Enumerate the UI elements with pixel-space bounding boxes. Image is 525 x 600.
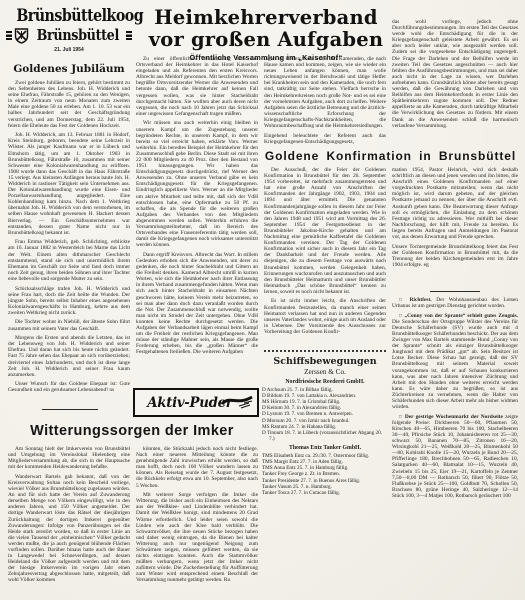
paragraph: Frau Emma Widderich, geb. Schlichting, e… <box>8 239 130 282</box>
news-item: □ Richtfest. Der Wohnhausneubau des Lots… <box>392 297 518 309</box>
ship-entry: Tanker Tosca 27. 7. in Curacao fällig. <box>262 490 388 496</box>
ship-section-entries: TMS Elisabeth Entz ca. 29./30. 7. Osterm… <box>262 453 388 496</box>
masthead-title-line2: Brünsbüttel <box>36 27 118 44</box>
ship-section-name: Thomas Entz Tanker GmbH. <box>262 445 388 451</box>
paragraph: Wir müssen uns auch weiterhin einig blei… <box>136 120 258 248</box>
ship-sections: Nordfriesische Reederei GmbH. D Archsum … <box>262 379 388 496</box>
paragraph: Wanderwart Bartels gab bekannt, daß von … <box>8 474 130 584</box>
shipping-agent: Zerssen & Co. <box>262 368 388 376</box>
item-marker-icon: □ <box>399 313 402 318</box>
news-item-text: Die Sonderschau der Ortsgruppe Wilster d… <box>392 319 518 410</box>
ad-flourish-icon <box>221 391 255 414</box>
paragraph: Die Tochter wohnt in Niebüll, der ältest… <box>8 319 130 331</box>
schiffsbewegungen-title: Schiffsbewegungen <box>262 356 388 367</box>
paragraph: Dann ergriff Kreisvors. Albrecht das Wor… <box>136 252 258 356</box>
schiffsbewegungen-section: Schiffsbewegungen Zerssen & Co. Nordfrie… <box>262 356 388 496</box>
issue-date: 21. Juli 1954 <box>6 47 132 53</box>
paragraph: Der Ausschuß, der die Feier der Goldenen… <box>264 167 386 295</box>
news-item-lead: Der gestrige Wochenmarkt der Nordseite <box>405 414 503 420</box>
local-news-items: □ Richtfest. Der Wohnhausneubau des Lots… <box>392 297 518 547</box>
paragraph: Morgens die Ersten und abends die Letzte… <box>8 335 130 378</box>
paragraph: Eingehend beleuchtete der Referent auch … <box>264 133 386 145</box>
item-marker-icon: □ <box>399 414 403 419</box>
ad-brand-text: Aktiv-Puder <box>147 395 232 411</box>
paragraph: Es ist nicht immer leicht, die Anschrift… <box>264 298 386 335</box>
paragraph: Unsere Tochtergemeinde Brunsbüttelkoog f… <box>392 244 518 268</box>
paragraph: Zu einer öffentlichen Versammlung hatte … <box>136 56 258 117</box>
ship-entry: D Tinnum 18. 7. in Lübeck (voraussichtli… <box>262 430 388 442</box>
paragraph: mation 1954, Pastor Heinrich, wird sich … <box>392 167 518 240</box>
scallop-border <box>264 350 386 352</box>
newspaper-page: Brünsbüttelkoog Brünsbüttel 21. Juli 195… <box>0 0 525 600</box>
article-imker-col1: Am Sonntag hielt der Imkerverein von Bru… <box>8 446 130 596</box>
paragraph: Am Sonntag hielt der Imkerverein von Bru… <box>8 446 130 470</box>
main-headline-line2: vor großen Aufgaben <box>138 29 394 51</box>
article-end-divider <box>42 409 98 410</box>
main-headline-line1: Heimkehrerverband <box>138 7 394 29</box>
news-item: □ Der gestrige Wochenmarkt der Nordseite… <box>392 414 518 499</box>
article-heimkehrer-col4: das wohl vorliege, jedoch ohne Durchführ… <box>392 19 518 147</box>
paragraph: Zwei goldene Jubiläen zu feiern, gehört … <box>8 80 130 129</box>
masthead: Brünsbüttelkoog Brünsbüttel 21. Juli 195… <box>6 6 132 53</box>
paragraph: Joh. H. Widderich, am 13. Februar 1881 i… <box>8 132 130 236</box>
headline-goldene-konfirmation: Goldene Konfirmation in Brunsbüttel <box>262 149 519 163</box>
paragraph: könnten, die Stückzahl jedoch noch nicht… <box>136 446 258 489</box>
headline-goldenes-jubilaeum: Goldenes Jubiläum <box>6 63 132 75</box>
masthead-ornament-bars-right <box>126 31 132 40</box>
ship-section-name: Nordfriesische Reederei GmbH. <box>262 379 388 385</box>
article-heimkehrer-col3: lägen im Helfen; man wolle den Kameraden… <box>264 56 386 148</box>
masthead-ornament-bars-left <box>6 31 12 40</box>
news-item-text: zeigte folgende Preise: Dickbeeren 50—60… <box>392 414 518 499</box>
section-divider <box>430 291 480 292</box>
paragraph: Unser Wunsch für das Goldene Ehepaar ist… <box>8 381 130 393</box>
ship-section: Thomas Entz Tanker GmbH. TMS Elisabeth E… <box>262 445 388 496</box>
article-jubilaeum-column: Zwei goldene Jubiläen zu feiern, gehört … <box>8 80 130 406</box>
paragraph: Mit weiterer Sorge verfolgen die Imker d… <box>136 492 258 583</box>
article-konfirmation-col4: mation 1954, Pastor Heinrich, wird sich … <box>392 167 518 287</box>
advertisement-aktiv-puder: Aktiv-Puder <box>133 388 259 417</box>
masthead-title-line1: Brünsbüttelkoog <box>16 6 143 25</box>
masthead-title-line2-row: Brünsbüttel <box>6 27 132 44</box>
ship-section-entries: D Archsum 21. 7. in Bilbao fällig.D Bild… <box>262 387 388 443</box>
headline-witterungssorgen: Witterungssorgen der Imker <box>6 423 258 439</box>
news-item-lead: Richtfest. <box>410 297 432 303</box>
main-headline-block: Heimkehrerverband vor großen Aufgaben Öf… <box>138 7 394 62</box>
news-item: □ „Conny von der Sprante“ erhielt gutes … <box>392 313 518 411</box>
news-item-lead: „Conny von der Sprante“ erhielt gutes Ze… <box>404 313 518 319</box>
article-konfirmation-col3: Der Ausschuß, der die Feier der Goldenen… <box>264 167 386 348</box>
paragraph: das wohl vorliege, jedoch ohne Durchführ… <box>392 19 518 129</box>
coat-of-arms-icon <box>14 28 29 44</box>
paragraph: lägen im Helfen; man wolle den Kameraden… <box>264 56 386 129</box>
paragraph: Schicksalsschläge trafen Joh. H. Widderi… <box>8 286 130 316</box>
article-heimkehrer-col2: Zu einer öffentlichen Versammlung hatte … <box>136 56 258 386</box>
item-marker-icon: □ <box>399 297 405 302</box>
ship-section: Nordfriesische Reederei GmbH. D Archsum … <box>262 379 388 442</box>
article-imker-col2: könnten, die Stückzahl jedoch noch nicht… <box>136 446 258 596</box>
